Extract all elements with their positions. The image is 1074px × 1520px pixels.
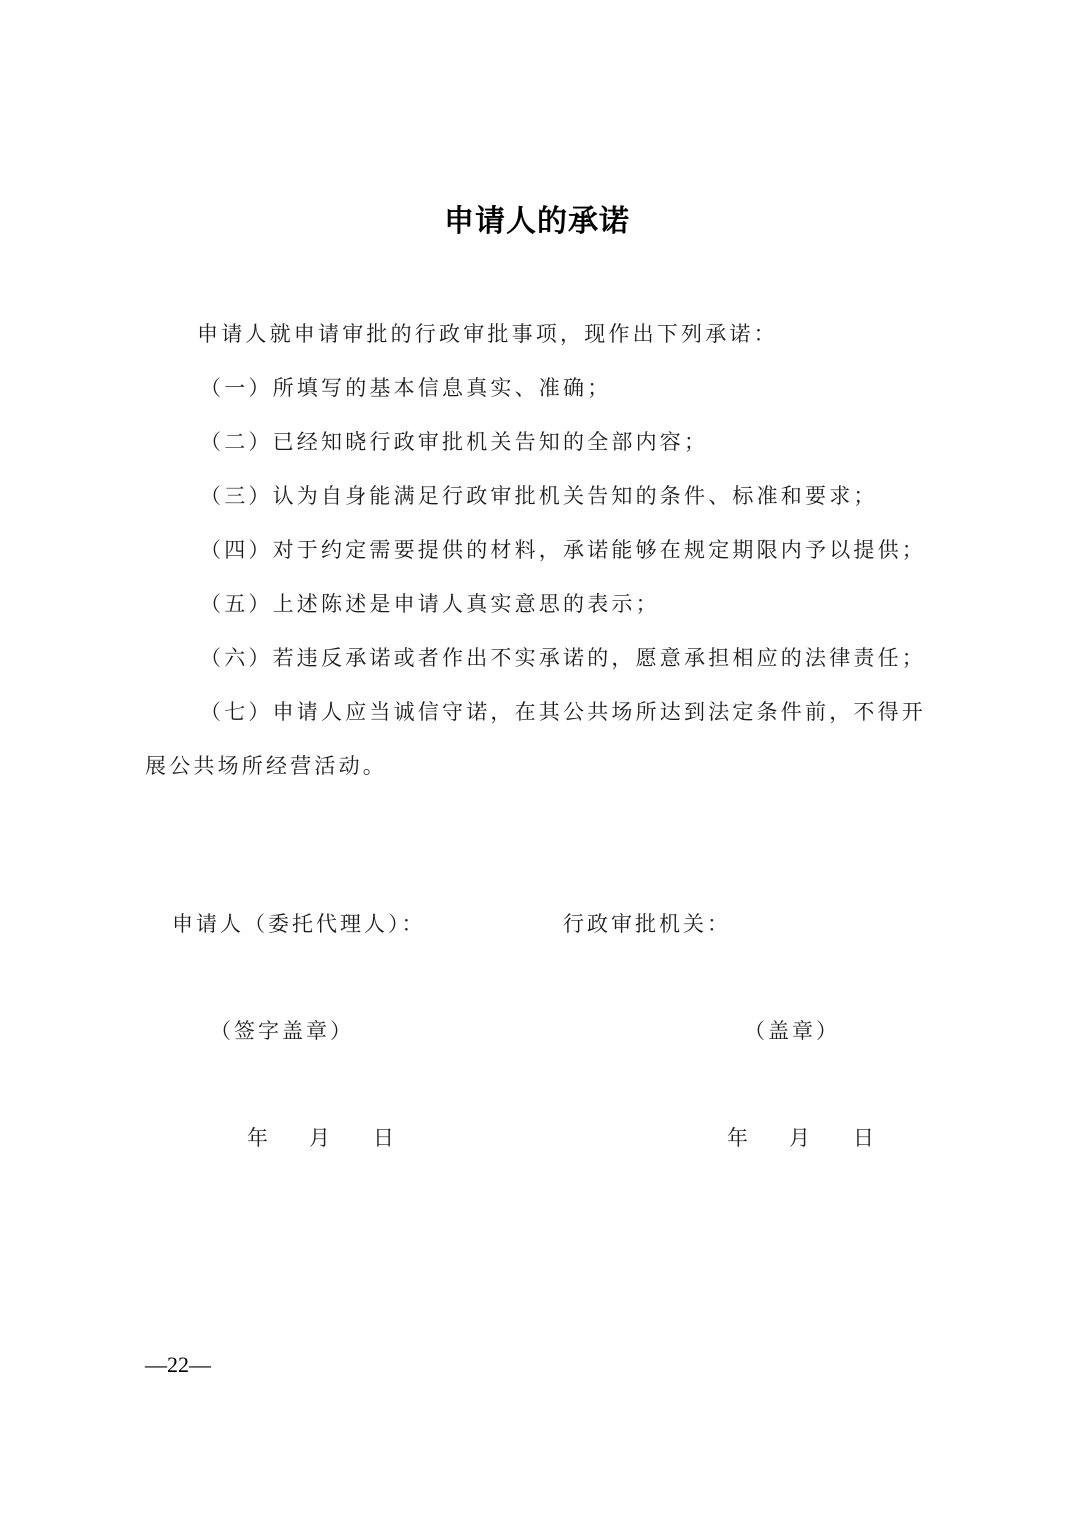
commitment-item-7: （七）申请人应当诚信守诺，在其公共场所达到法定条件前，不得开 (200, 696, 1000, 726)
intro-paragraph: 申请人就申请审批的行政审批事项，现作出下列承诺： (197, 318, 997, 348)
authority-date: 年月日 (727, 1122, 874, 1152)
date-day-label: 日 (853, 1122, 874, 1152)
applicant-date: 年月日 (247, 1122, 394, 1152)
date-month-label: 月 (789, 1122, 853, 1152)
document-title: 申请人的承诺 (0, 196, 1074, 240)
commitment-item-3: （三）认为自身能满足行政审批机关告知的条件、标准和要求； (200, 480, 1000, 510)
commitment-item-4: （四）对于约定需要提供的材料，承诺能够在规定期限内予以提供； (200, 534, 1000, 564)
date-year-label: 年 (247, 1122, 309, 1152)
commitment-item-1: （一）所填写的基本信息真实、准确； (200, 372, 1000, 402)
authority-label: 行政审批机关： (563, 908, 731, 938)
authority-seal-note: （盖章） (744, 1015, 840, 1045)
commitment-item-2: （二）已经知晓行政审批机关告知的全部内容； (200, 426, 1000, 456)
date-year-label: 年 (727, 1122, 789, 1152)
applicant-label: 申请人（委托代理人）： (172, 908, 426, 938)
commitment-item-6: （六）若违反承诺或者作出不实承诺的，愿意承担相应的法律责任； (200, 642, 1000, 672)
date-day-label: 日 (373, 1122, 394, 1152)
commitment-item-7-continuation: 展公共场所经营活动。 (145, 750, 945, 780)
page-number: —22— (145, 1352, 211, 1378)
commitment-item-5: （五）上述陈述是申请人真实意思的表示； (200, 588, 1000, 618)
date-month-label: 月 (309, 1122, 373, 1152)
applicant-seal-note: （签字盖章） (210, 1015, 354, 1045)
